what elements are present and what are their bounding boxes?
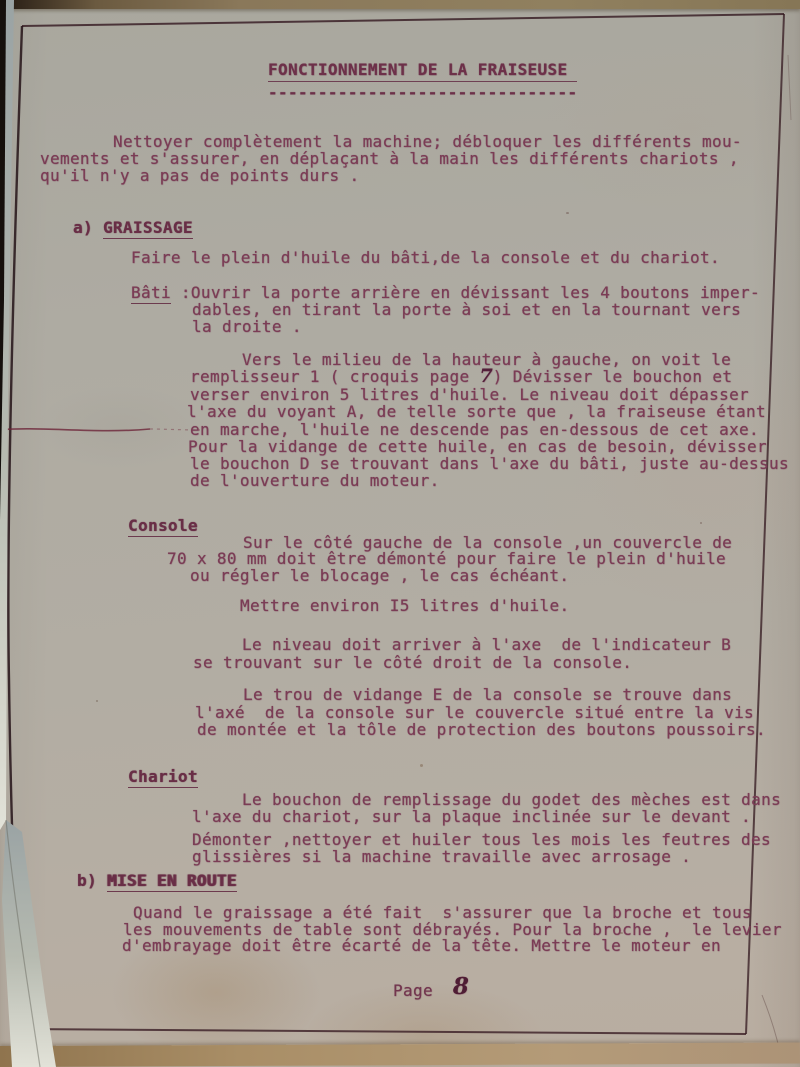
text-line: l'axé de la console sur le couvercle sit… [195,704,754,721]
typewritten-text: Chariot [128,767,198,788]
typewritten-text: Bâti [131,283,171,304]
typewritten-text: Console [128,516,198,537]
section-heading: b) MISE EN ROUTE [77,872,237,889]
text-line: la droite . [192,318,302,335]
text-line: Le trou de vidange E de la console se tr… [243,686,732,703]
typewritten-text: Faire le plein d'huile du bâti,de la con… [131,248,720,267]
section-heading: a) GRAISSAGE [73,219,193,236]
page-footer: Page 8 [393,980,469,999]
paper-speck [420,764,423,767]
text-line: Démonter ,nettoyer et huiler tous les mo… [192,831,771,848]
typewritten-text: glissières si la machine travaille avec … [192,847,691,866]
text-line: de l'ouverture du moteur. [190,472,440,489]
text-line: 70 x 80 mm doit être démonté pour faire … [167,550,726,567]
typewritten-text: Mettre environ I5 litres d'huile. [240,596,569,615]
typewritten-text: ) Dévisser le bouchon et [493,367,733,386]
text-line: remplisseur 1 ( croquis page 7) Dévisser… [190,368,732,385]
text-line: de montée et la tôle de protection des b… [197,721,766,738]
document-title: FONCTIONNEMENT DE LA FRAISEUSE [268,60,577,82]
text-line: qu'il n'y a pas de points durs . [40,167,359,184]
text-line: glissières si la machine travaille avec … [192,848,691,865]
handwritten-numeral: 7 [480,365,493,387]
typewritten-text: l'axe du chariot, sur la plaque inclinée… [192,807,751,826]
section-heading: Console [128,517,198,534]
typewritten-text: GRAISSAGE [103,218,193,239]
typewritten-text: remplisseur 1 ( croquis page [190,367,480,386]
scan-edge-bottom [0,1043,800,1067]
text-line: en marche, l'huile ne descende pas en-de… [190,421,759,438]
typewritten-text: Le trou de vidange E de la console se tr… [243,685,732,704]
text-line: l'axe du voyant A, de telle sorte que , … [187,403,766,420]
text-line: Le bouchon de remplissage du godet des m… [242,791,781,808]
text-line: Faire le plein d'huile du bâti,de la con… [131,249,720,266]
text-line: se trouvant sur le côté droit de la cons… [193,654,632,671]
text-line: Bâti :Ouvrir la porte arrière en dévissa… [131,284,760,301]
typewritten-text: a) [73,218,103,237]
text-line: dables, en tirant la porte à soi et en l… [192,301,741,318]
text-line: Pour la vidange de cette huile, en cas d… [188,438,767,455]
text-line: l'axe du chariot, sur la plaque inclinée… [192,808,751,825]
typewritten-text: de montée et la tôle de protection des b… [197,720,766,739]
typewritten-text: se trouvant sur le côté droit de la cons… [193,653,632,672]
scanned-document-page: FONCTIONNEMENT DE LA FRAISEUSE ---------… [0,0,800,1067]
typewritten-text: l'axe du voyant A, de telle sorte que , … [187,402,766,421]
typewritten-text: b) [77,871,107,890]
typewritten-text: de l'ouverture du moteur. [190,471,440,490]
title-block: FONCTIONNEMENT DE LA FRAISEUSE ---------… [268,60,577,102]
section-heading: Chariot [128,768,198,785]
text-line: verser environ 5 litres d'huile. Le nive… [190,386,749,403]
typewritten-text: d'embrayage doit être écarté de la tête.… [122,936,721,955]
ink-speck [700,522,702,524]
typewritten-text: MISE EN ROUTE [107,871,237,892]
typewritten-text: qu'il n'y a pas de points durs . [40,166,359,185]
text-line: vements et s'assurer, en déplaçant à la … [40,150,739,167]
paper-speck [96,700,98,702]
handwritten-numeral: 8 [453,973,469,1000]
text-line: Mettre environ I5 litres d'huile. [240,597,569,614]
scan-edge-top [0,0,800,9]
typewritten-text: ou régler le blocage , le cas échéant. [190,566,569,585]
text-line: Nettoyer complètement la machine; débloq… [113,133,742,150]
text-line: Le niveau doit arriver à l'axe de l'indi… [242,636,731,653]
text-line: Quand le graissage a été fait s'assurer … [133,904,752,921]
typewritten-text: Page [393,981,453,1000]
title-underline-dashes: ------------------------------- [268,83,577,102]
typewritten-text: la droite . [192,317,302,336]
text-line: ou régler le blocage , le cas échéant. [190,567,569,584]
ink-speck [566,212,569,214]
text-line: le bouchon D se trouvant dans l'axe du b… [190,455,789,472]
typewritten-text: Le niveau doit arriver à l'axe de l'indi… [242,635,731,654]
text-line: d'embrayage doit être écarté de la tête.… [122,937,721,954]
